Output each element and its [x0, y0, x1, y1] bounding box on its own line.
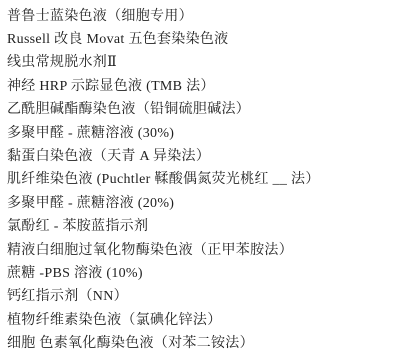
list-item: 细胞 色素氧化酶染色液（对苯二铵法） [7, 330, 400, 353]
list-item: Russell 改良 Movat 五色套染染色液 [7, 26, 400, 49]
list-item: 钙红指示剂（NN） [7, 284, 400, 307]
list-item: 精液白细胞过氧化物酶染色液（正甲苯胺法） [7, 237, 400, 260]
list-item: 肌纤维染色液 (Puchtler 鞣酸偶氮荧光桃红 __ 法） [7, 167, 400, 190]
list-item: 多聚甲醛 - 蔗糖溶液 (30%) [7, 120, 400, 143]
list-item: 氯酚红 - 苯胺蓝指示剂 [7, 214, 400, 237]
list-item: 线虫常规脱水剂Ⅱ [7, 50, 400, 73]
product-list: 普鲁士蓝染色液（细胞专用） Russell 改良 Movat 五色套染染色液 线… [0, 0, 400, 360]
list-item: 神经 HRP 示踪显色液 (TMB 法） [7, 73, 400, 96]
list-item: 多聚甲醛 - 蔗糖溶液 (20%) [7, 190, 400, 213]
list-item: 普鲁士蓝染色液（细胞专用） [7, 3, 400, 26]
list-item: 蔗糖 -PBS 溶液 (10%) [7, 260, 400, 283]
list-item: 植物纤维素染色液（氯碘化锌法） [7, 307, 400, 330]
list-item: 黏蛋白染色液（天青 A 异染法） [7, 143, 400, 166]
list-item: 乙酰胆碱酯酶染色液（铅铜硫胆碱法） [7, 97, 400, 120]
